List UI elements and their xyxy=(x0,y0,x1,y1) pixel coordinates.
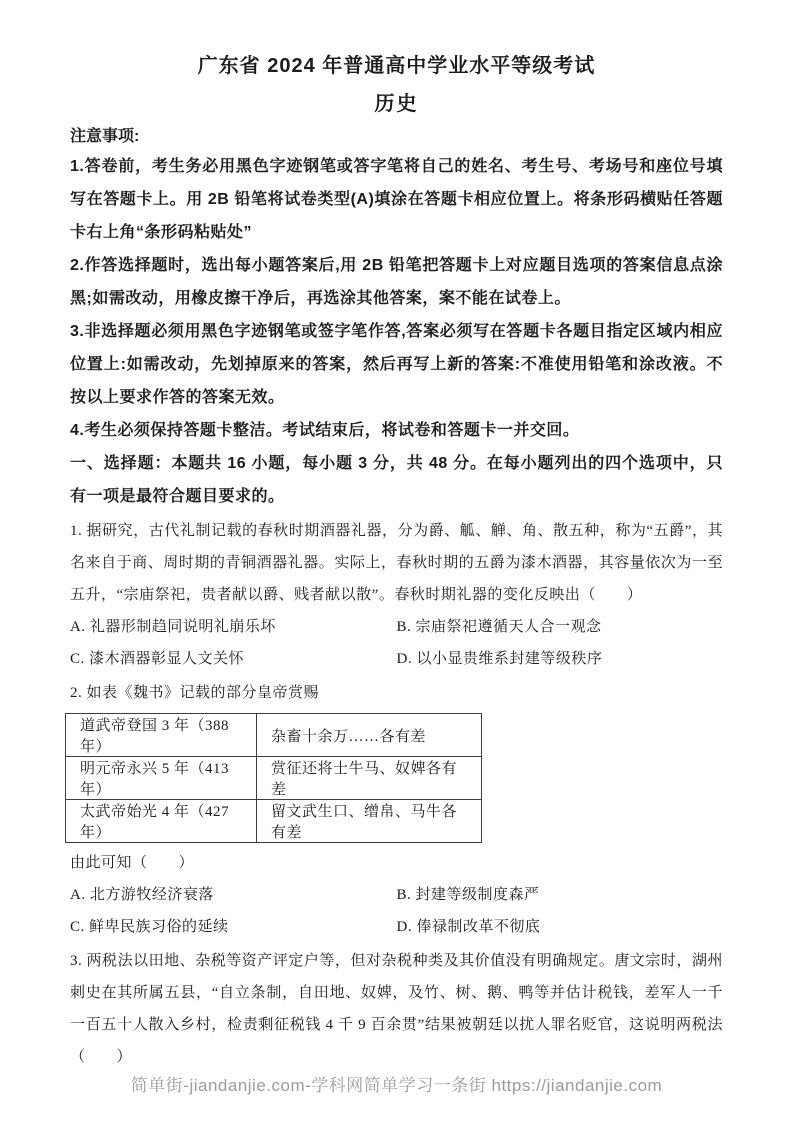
watermark-footer: 简单街-jiandanjie.com-学科网简单学习一条街 https://ji… xyxy=(0,1071,793,1096)
question-2-table: 道武帝登国 3 年（388 年） 杂畜十余万……各有差 明元帝永兴 5 年（41… xyxy=(65,713,482,843)
question-1-options: A. 礼器形制趋同说明礼崩乐坏 B. 宗庙祭祀遵循天人合一观念 C. 漆木酒器彰… xyxy=(70,611,723,675)
exam-subject: 历史 xyxy=(70,90,723,118)
table-row: 太武帝始光 4 年（427 年） 留文武生口、缯帛、马牛各有差 xyxy=(66,800,482,843)
table-row: 明元帝永兴 5 年（413 年） 赏征还将士牛马、奴婢各有差 xyxy=(66,757,482,800)
table-cell-date: 太武帝始光 4 年（427 年） xyxy=(66,800,257,843)
question-2-option-b: B. 封建等级制度森严 xyxy=(397,879,724,911)
question-2-option-c: C. 鲜卑民族习俗的延续 xyxy=(70,911,397,943)
table-cell-reward: 赏征还将士牛马、奴婢各有差 xyxy=(257,757,482,800)
section-header-choice: 一、选择题：本题共 16 小题，每小题 3 分，共 48 分。在每小题列出的四个… xyxy=(70,447,723,513)
table-cell-reward: 杂畜十余万……各有差 xyxy=(257,714,482,757)
question-2-option-a: A. 北方游牧经济衰落 xyxy=(70,879,397,911)
notes-header: 注意事项: xyxy=(70,124,723,150)
question-2-intro: 2. 如表《魏书》记载的部分皇帝赏赐 xyxy=(70,677,723,709)
question-1-option-c: C. 漆木酒器彰显人文关怀 xyxy=(70,643,397,675)
question-3-stem: 3. 两税法以田地、杂税等资产评定户等，但对杂税种类及其价值没有明确规定。唐文宗… xyxy=(70,945,723,1073)
question-2-conclusion: 由此可知（ ） xyxy=(70,847,723,879)
question-1-stem: 1. 据研究，古代礼制记载的春秋时期酒器礼器，分为爵、觚、觯、角、散五种，称为“… xyxy=(70,515,723,611)
question-1-option-b: B. 宗庙祭祀遵循天人合一观念 xyxy=(397,611,724,643)
note-item-2: 2.作答选择题时，选出每小题答案后,用 2B 铅笔把答题卡上对应题目选项的答案信… xyxy=(70,249,723,315)
table-cell-date: 明元帝永兴 5 年（413 年） xyxy=(66,757,257,800)
exam-content: 广东省 2024 年普通高中学业水平等级考试 历史 注意事项: 1.答卷前，考生… xyxy=(0,0,793,1073)
table-cell-date: 道武帝登国 3 年（388 年） xyxy=(66,714,257,757)
question-1-option-d: D. 以小显贵维系封建等级秩序 xyxy=(397,643,724,675)
note-item-1: 1.答卷前，考生务必用黑色字迹钢笔或答字笔将自己的姓名、考生号、考场号和座位号填… xyxy=(70,150,723,249)
table-row: 道武帝登国 3 年（388 年） 杂畜十余万……各有差 xyxy=(66,714,482,757)
note-item-3: 3.非选择题必须用黑色字迹钢笔或签字笔作答,答案必须写在答题卡各题目指定区域内相… xyxy=(70,315,723,414)
note-item-4: 4.考生必须保持答题卡整洁。考试结束后，将试卷和答题卡一并交回。 xyxy=(70,414,723,447)
table-cell-reward: 留文武生口、缯帛、马牛各有差 xyxy=(257,800,482,843)
exam-title: 广东省 2024 年普通高中学业水平等级考试 xyxy=(70,52,723,80)
question-2-option-d: D. 俸禄制改革不彻底 xyxy=(397,911,724,943)
question-1-option-a: A. 礼器形制趋同说明礼崩乐坏 xyxy=(70,611,397,643)
exam-page: 广东省 2024 年普通高中学业水平等级考试 历史 注意事项: 1.答卷前，考生… xyxy=(0,0,793,1122)
question-2-options: A. 北方游牧经济衰落 B. 封建等级制度森严 C. 鲜卑民族习俗的延续 D. … xyxy=(70,879,723,943)
